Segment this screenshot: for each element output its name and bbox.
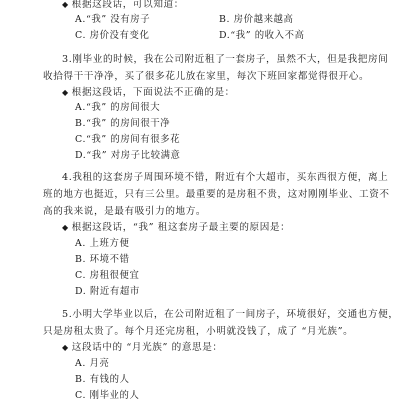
passage-line: 高的我来说，是最有吸引力的地方。 bbox=[43, 206, 206, 218]
question-prompt: ◆根据这段话，“我” 租这套房子最主要的原因是： bbox=[62, 222, 290, 234]
option-a[interactable]: A.“我” 的房间很大 bbox=[75, 102, 160, 114]
passage-line: 4.我租的这套房子周围环境不错，附近有个大超市，买东西很方便，离上 bbox=[62, 172, 388, 184]
diamond-bullet-icon: ◆ bbox=[62, 343, 69, 352]
diamond-bullet-icon: ◆ bbox=[62, 88, 69, 97]
option-a[interactable]: A.“我” 没有房子 bbox=[75, 14, 150, 26]
question-prompt: ◆根据这段话，可以知道： bbox=[62, 0, 184, 11]
passage-line: 班的地方也挺近，只有三公里。最重要的是房租不贵，这对刚刚毕业、工资不 bbox=[43, 189, 390, 201]
option-d[interactable]: D.“我” 的收入不高 bbox=[219, 30, 305, 42]
passage-line: 收拾得干干净净，买了很多花儿放在家里，每次下班回家都觉得很开心。 bbox=[43, 71, 369, 83]
question-prompt: ◆这段话中的 “月光族” 的意思是： bbox=[62, 342, 223, 354]
option-d[interactable]: D.“我” 对房子比较满意 bbox=[75, 150, 181, 162]
option-c[interactable]: C. 房价没有变化 bbox=[75, 30, 149, 42]
option-d[interactable]: D. 附近有超市 bbox=[75, 286, 140, 298]
option-b[interactable]: B. 有钱的人 bbox=[75, 374, 130, 386]
diamond-bullet-icon: ◆ bbox=[62, 223, 69, 232]
option-a[interactable]: A. 上班方便 bbox=[75, 238, 129, 250]
passage-line: 只是房租太贵了。每个月还完房租，小明就没钱了，成了 “月光族”。 bbox=[43, 326, 353, 338]
option-c[interactable]: C. 房租很便宜 bbox=[75, 270, 139, 282]
passage-line: 5.小明大学毕业以后，在公司附近租了一间房子，环境很好，交通也方便， bbox=[62, 309, 399, 321]
option-b[interactable]: B. 环境不错 bbox=[75, 254, 130, 266]
option-b[interactable]: B. 房价越来越高 bbox=[219, 14, 294, 26]
option-c[interactable]: C.“我” 的房间有很多花 bbox=[75, 134, 180, 146]
passage-line: 3.刚毕业的时候，我在公司附近租了一套房子，虽然不大，但是我把房间 bbox=[62, 54, 388, 66]
diamond-bullet-icon: ◆ bbox=[62, 0, 69, 9]
option-b[interactable]: B.“我” 的房间很干净 bbox=[75, 118, 170, 130]
option-c[interactable]: C. 刚毕业的人 bbox=[75, 390, 139, 400]
question-prompt: ◆根据这段话，下面说法不正确的是： bbox=[62, 87, 235, 99]
option-a[interactable]: A. 月亮 bbox=[75, 358, 109, 370]
